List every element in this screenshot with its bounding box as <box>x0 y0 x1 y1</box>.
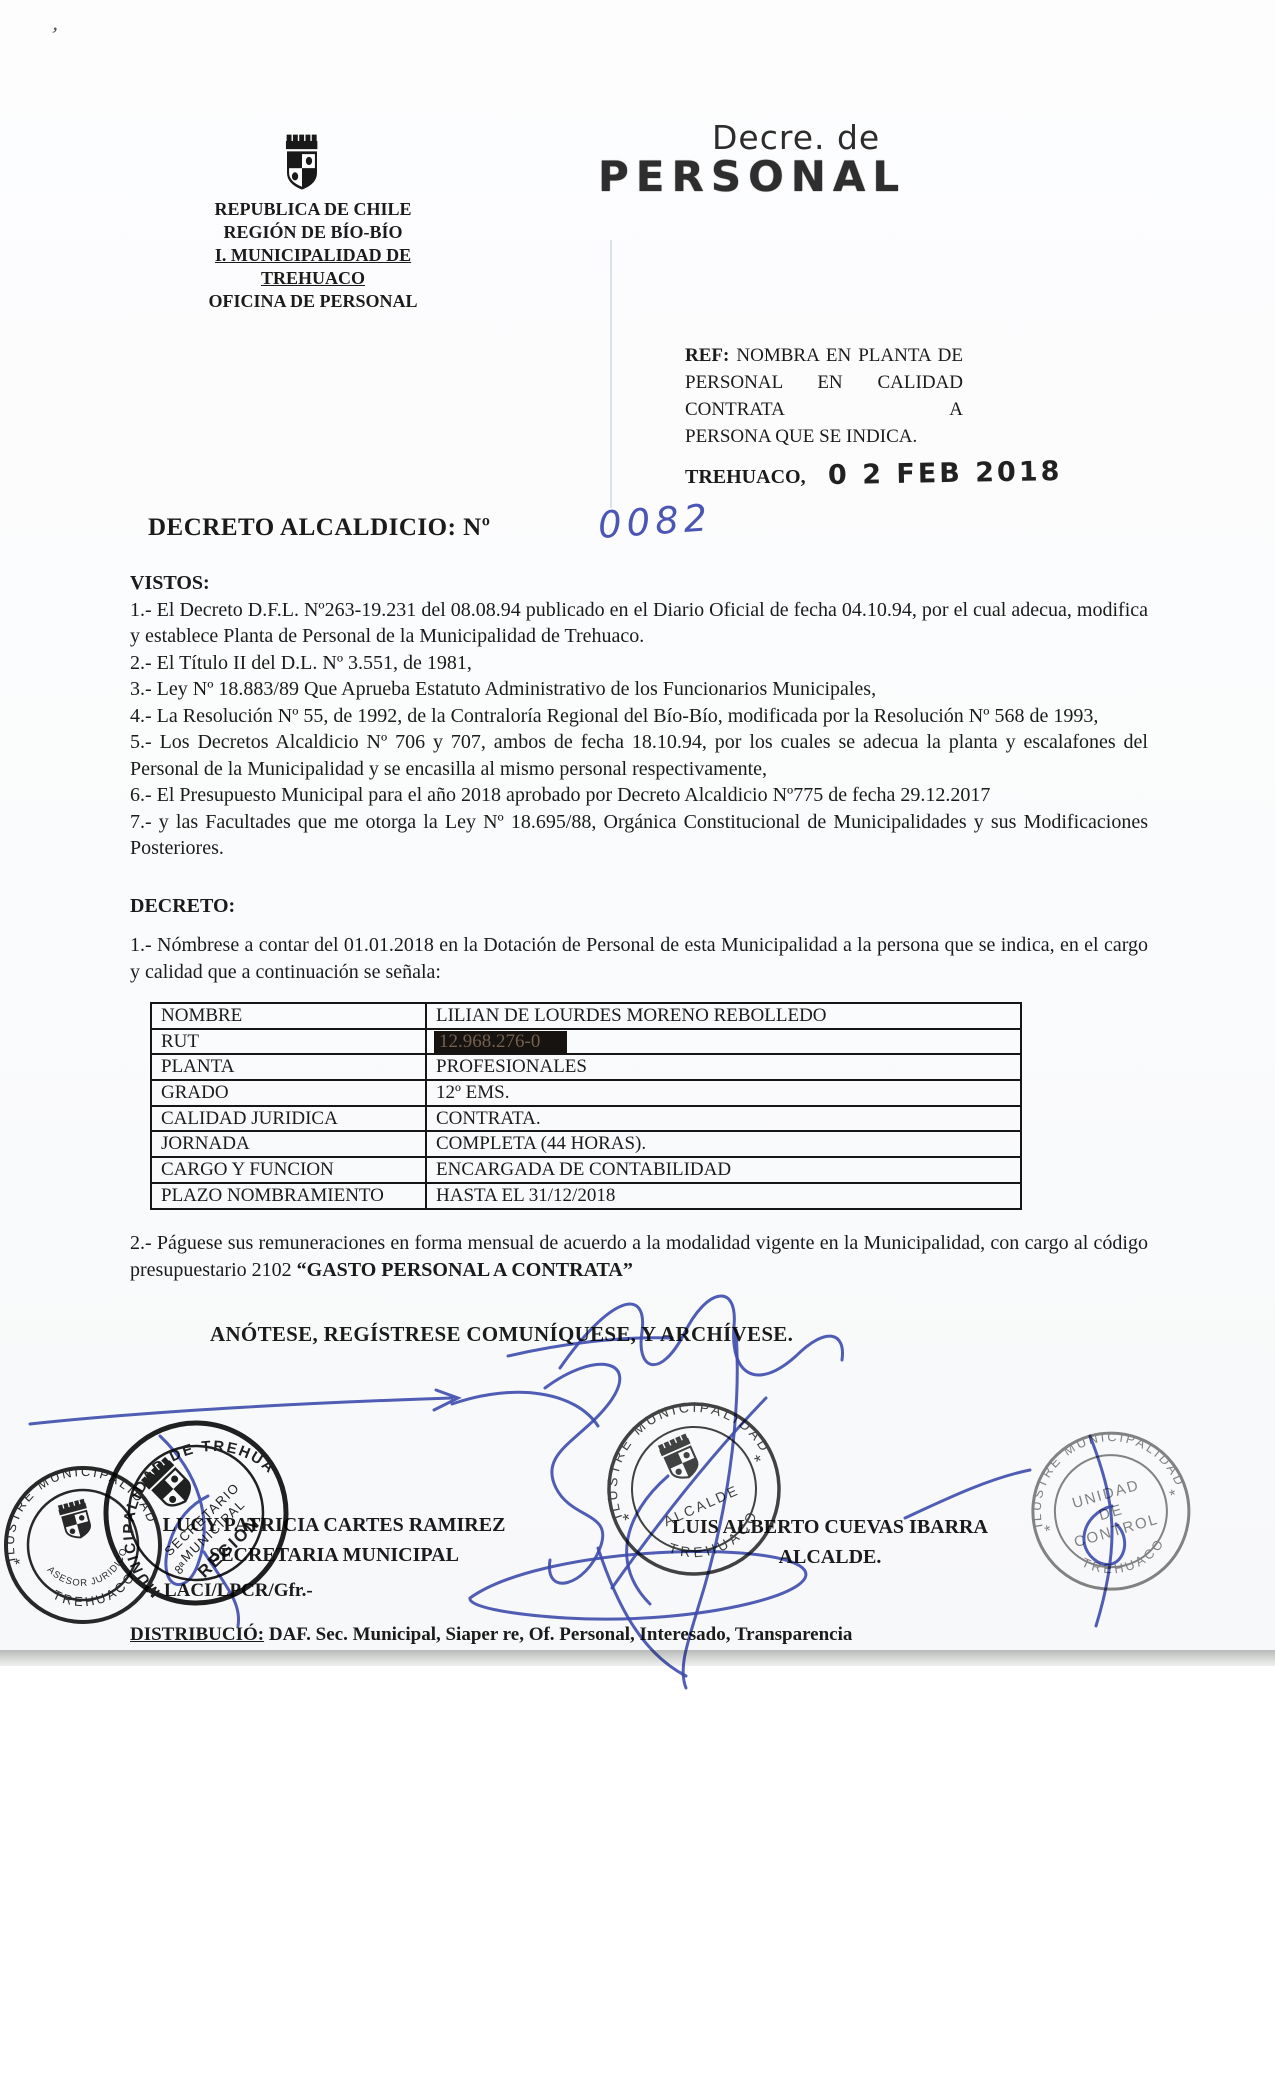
vistos-item: 4.- La Resolución Nº 55, de 1992, de la … <box>130 703 1148 730</box>
vistos-item: 1.- El Decreto D.F.L. Nº263-19.231 del 0… <box>130 597 1148 650</box>
table-cell-label: RUT <box>152 1030 427 1054</box>
distribution-line: DISTRIBUCIÓ: DAF. Sec. Municipal, Siaper… <box>130 1624 852 1646</box>
ref-line-2: PERSONAL EN CALIDAD CONTRATA A <box>685 369 963 423</box>
decreto-heading: DECRETO: <box>130 893 1148 920</box>
ref-block: REF: NOMBRA EN PLANTA DE PERSONAL EN CAL… <box>685 342 963 450</box>
vistos-item: 2.- El Título II del D.L. Nº 3.551, de 1… <box>130 650 1148 677</box>
table-row: JORNADA COMPLETA (44 HORAS). <box>152 1132 1020 1158</box>
ref-label: REF: <box>685 345 729 366</box>
org-line-region: REGIÓN DE BÍO-BÍO <box>163 221 463 244</box>
scanned-decree-page: ʼ REPUBLICA DE CHILE REGIÓN DE BÍO-BÍO <box>0 0 1275 2100</box>
table-cell-label: PLAZO NOMBRAMIENTO <box>152 1184 427 1208</box>
table-cell-value: HASTA EL 31/12/2018 <box>427 1184 1020 1208</box>
table-row: PLAZO NOMBRAMIENTO HASTA EL 31/12/2018 <box>152 1184 1020 1208</box>
table-row: CALIDAD JURIDICA CONTRATA. <box>152 1107 1020 1133</box>
ref-line-3: PERSONA QUE SE INDICA. <box>685 423 963 450</box>
stamp-star-icon: * <box>1168 1487 1179 1505</box>
appointment-table: NOMBRE LILIAN DE LOURDES MORENO REBOLLED… <box>150 1002 1022 1210</box>
paper-fold-line <box>610 240 612 508</box>
decree-paragraph-1: 1.- Nómbrese a contar del 01.01.2018 en … <box>130 932 1148 985</box>
vistos-item: 3.- Ley Nº 18.883/89 Que Aprueba Estatut… <box>130 676 1148 703</box>
vistos-item: 7.- y las Facultades que me otorga la Le… <box>130 809 1148 862</box>
table-cell-value: PROFESIONALES <box>427 1055 1020 1079</box>
handwritten-decree-number: 0082 <box>597 496 714 547</box>
vistos-section: VISTOS: 1.- El Decreto D.F.L. Nº263-19.2… <box>130 570 1148 862</box>
table-row: CARGO Y FUNCION ENCARGADA DE CONTABILIDA… <box>152 1158 1020 1184</box>
table-cell-value: LILIAN DE LOURDES MORENO REBOLLEDO <box>427 1004 1020 1028</box>
document-type-stamp-line2: PERSONAL <box>598 152 906 201</box>
table-row: GRADO 12º EMS. <box>152 1081 1020 1107</box>
closing-formula: ANÓTESE, REGÍSTRESE COMUNÍQUESE, Y ARCHÍ… <box>210 1322 793 1347</box>
table-cell-label: GRADO <box>152 1081 427 1105</box>
table-cell-value: ENCARGADA DE CONTABILIDAD <box>427 1158 1020 1182</box>
date-stamp: 0 2 FEB 2018 <box>828 456 1063 491</box>
table-row: NOMBRE LILIAN DE LOURDES MORENO REBOLLED… <box>152 1004 1020 1030</box>
municipal-coat-of-arms-icon <box>281 131 323 191</box>
vistos-heading: VISTOS: <box>130 570 1148 597</box>
org-line-country: REPUBLICA DE CHILE <box>163 198 463 221</box>
decree-title: DECRETO ALCALDICIO: Nº <box>148 514 490 542</box>
table-cell-label: JORNADA <box>152 1132 427 1156</box>
table-cell-value: 12º EMS. <box>427 1081 1020 1105</box>
table-row: PLANTA PROFESIONALES <box>152 1055 1020 1081</box>
table-cell-value: COMPLETA (44 HORAS). <box>427 1132 1020 1156</box>
stamp-center-text: ALCALDE <box>661 1482 742 1530</box>
place-line: TREHUACO, <box>685 466 806 489</box>
stamp-star-icon: * <box>620 1509 635 1530</box>
scan-bottom-shadow <box>0 1650 1275 1666</box>
table-cell-label: NOMBRE <box>152 1004 427 1028</box>
vistos-item: 6.- El Presupuesto Municipal para el año… <box>130 782 1148 809</box>
stamp-star-icon: * <box>1043 1523 1054 1541</box>
table-cell-label: CARGO Y FUNCION <box>152 1158 427 1182</box>
letterhead-org-block: REPUBLICA DE CHILE REGIÓN DE BÍO-BÍO I. … <box>163 198 463 313</box>
table-cell-label: PLANTA <box>152 1055 427 1079</box>
budget-code-bold: “GASTO PERSONAL A CONTRATA” <box>297 1259 633 1281</box>
org-line-municipality: I. MUNICIPALIDAD DE TREHUACO <box>163 244 463 290</box>
redaction-bar: 12.968.276-0 <box>434 1031 567 1053</box>
table-cell-label: CALIDAD JURIDICA <box>152 1107 427 1131</box>
vistos-item: 5.- Los Decretos Alcaldicio Nº 706 y 707… <box>130 729 1148 782</box>
table-cell-value: CONTRATA. <box>427 1107 1020 1131</box>
table-row: RUT 12.968.276-0 <box>152 1030 1020 1056</box>
ref-line-1: REF: NOMBRA EN PLANTA DE <box>685 342 963 369</box>
table-cell-value: 12.968.276-0 <box>427 1030 1020 1054</box>
decree-paragraph-2: 2.- Páguese sus remuneraciones en forma … <box>130 1230 1148 1283</box>
stamp-star-icon: * <box>13 1556 23 1574</box>
org-line-office: OFICINA DE PERSONAL <box>163 290 463 313</box>
